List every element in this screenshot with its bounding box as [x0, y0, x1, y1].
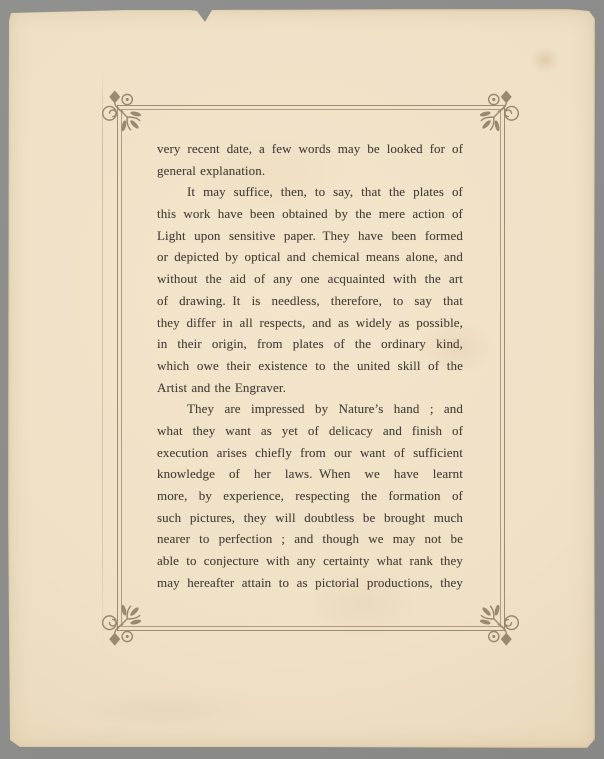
paper-stain [530, 47, 560, 73]
text-line: without the aid of any one acquainted wi… [157, 268, 463, 290]
text-line: execution arises chiefly from our want o… [157, 442, 463, 464]
text-line: they differ in all respects, and as wide… [157, 312, 463, 334]
text-line: Light upon sensitive paper. They have be… [157, 225, 463, 247]
text-line: general explanation. [157, 160, 463, 182]
text-line: nearer to perfection ; and though we may… [157, 528, 463, 550]
text-line: such pictures, they will doubtless be br… [157, 507, 463, 529]
corner-fleuron-icon [99, 89, 141, 131]
text-line: knowledge of her laws. When we have lear… [157, 463, 463, 485]
text-line: of drawing. It is needless, therefore, t… [157, 290, 463, 312]
corner-fleuron-icon [480, 89, 522, 131]
corner-fleuron-icon [99, 605, 141, 647]
text-line: more, by experience, respecting the form… [157, 485, 463, 507]
text-line: It may suffice, then, to say, that the p… [157, 181, 463, 203]
text-line: able to conjecture with any certainty wh… [157, 550, 463, 572]
text-line: in their origin, from plates of the ordi… [157, 333, 463, 355]
text-line: Artist and the Engraver. [157, 377, 463, 399]
corner-fleuron-icon [480, 605, 522, 647]
page-text-block: very recent date, a few words may be loo… [157, 138, 463, 593]
paper-crease [102, 67, 103, 651]
text-line: what they want as yet of delicacy and fi… [157, 420, 463, 442]
text-line: this work have been obtained by the mere… [157, 203, 463, 225]
paper-stain [78, 689, 258, 729]
text-line: which owe their existence to the united … [157, 355, 463, 377]
book-page: very recent date, a few words may be loo… [8, 9, 595, 748]
text-line: very recent date, a few words may be loo… [157, 138, 463, 160]
text-line: or depicted by optical and chemical mean… [157, 246, 463, 268]
text-line: They are impressed by Nature’s hand ; an… [157, 398, 463, 420]
text-line: may hereafter attain to as pictorial pro… [157, 572, 463, 594]
